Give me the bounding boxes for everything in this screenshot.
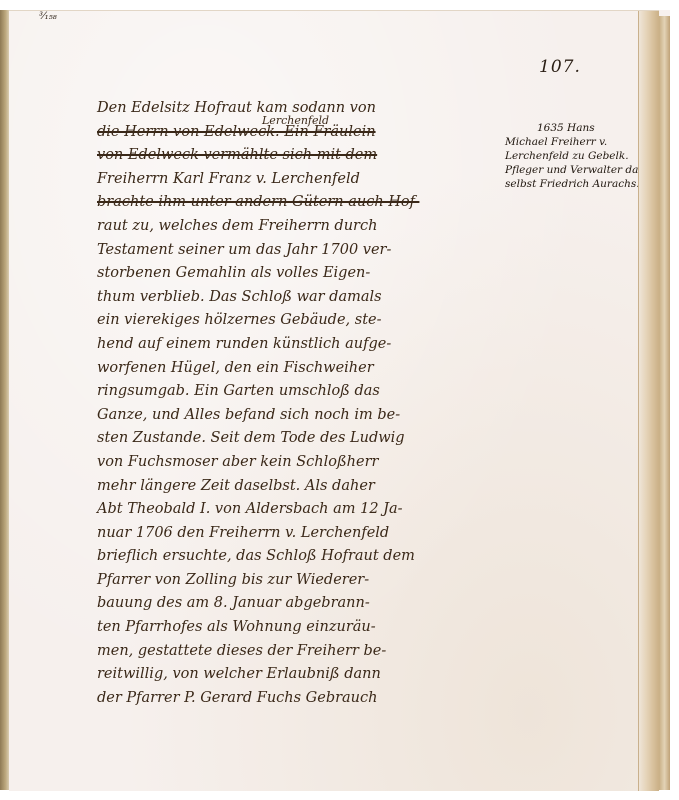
inserted-word: Lerchenfeld — [262, 109, 329, 133]
text-line: thum verblieb. Das Schloß war damals — [97, 286, 517, 310]
text-line: storbenen Gemahlin als volles Eigen- — [97, 262, 517, 286]
text-line: men, gestattete dieses der Freiherr be- — [97, 640, 517, 664]
text-line-struck: Lerchenfelddie Herrn von Edelweck. Ein F… — [97, 121, 517, 145]
text-line: brieflich ersuchte, das Schloß Hofraut d… — [97, 545, 517, 569]
corner-note: ³⁄₁₅₈ — [39, 11, 57, 22]
text-line: ten Pfarrhofes als Wohnung einzuräu- — [97, 616, 517, 640]
text-line: Abt Theobald I. von Aldersbach am 12 Ja- — [97, 498, 517, 522]
text-line: sten Zustande. Seit dem Tode des Ludwig — [97, 427, 517, 451]
text-line-struck: brachte ihm unter andern Gütern auch Hof… — [97, 191, 517, 215]
text-line: mehr längere Zeit daselbst. Als daher — [97, 475, 517, 499]
text-line: ringsumgab. Ein Garten umschloß das — [97, 380, 517, 404]
text-line: von Fuchsmoser aber kein Schloßherr — [97, 451, 517, 475]
text-line: hend auf einem runden künstlich aufge- — [97, 333, 517, 357]
text-line: nuar 1706 den Freiherrn v. Lerchenfeld — [97, 522, 517, 546]
text-line: bauung des am 8. Januar abgebrann- — [97, 592, 517, 616]
text-line: der Pfarrer P. Gerard Fuchs Gebrauch — [97, 687, 517, 711]
page-number: 107. — [539, 57, 581, 77]
text-line: ein vierekiges hölzernes Gebäude, ste- — [97, 309, 517, 333]
body-text: Den Edelsitz Hofraut kam sodann von Lerc… — [97, 97, 517, 710]
text-line: worfenen Hügel, den ein Fischweiher — [97, 357, 517, 381]
text-line: Pfarrer von Zolling bis zur Wiederer- — [97, 569, 517, 593]
worn-page-edge — [638, 11, 659, 791]
book-binding — [0, 10, 9, 790]
manuscript-page: ³⁄₁₅₈ 107. Den Edelsitz Hofraut kam soda… — [9, 10, 659, 791]
text-line: Freiherrn Karl Franz v. Lerchenfeld — [97, 168, 517, 192]
text-line-struck: von Edelweck vermählte sich mit dem — [97, 144, 517, 168]
text-line: raut zu, welches dem Freiherrn durch — [97, 215, 517, 239]
manuscript-scan: ³⁄₁₅₈ 107. Den Edelsitz Hofraut kam soda… — [0, 10, 670, 790]
text-line: Testament seiner um das Jahr 1700 ver- — [97, 239, 517, 263]
stacked-page-edges — [659, 16, 670, 790]
text-line: reitwillig, von welcher Erlaubniß dann — [97, 663, 517, 687]
text-line: Ganze, und Alles befand sich noch im be- — [97, 404, 517, 428]
